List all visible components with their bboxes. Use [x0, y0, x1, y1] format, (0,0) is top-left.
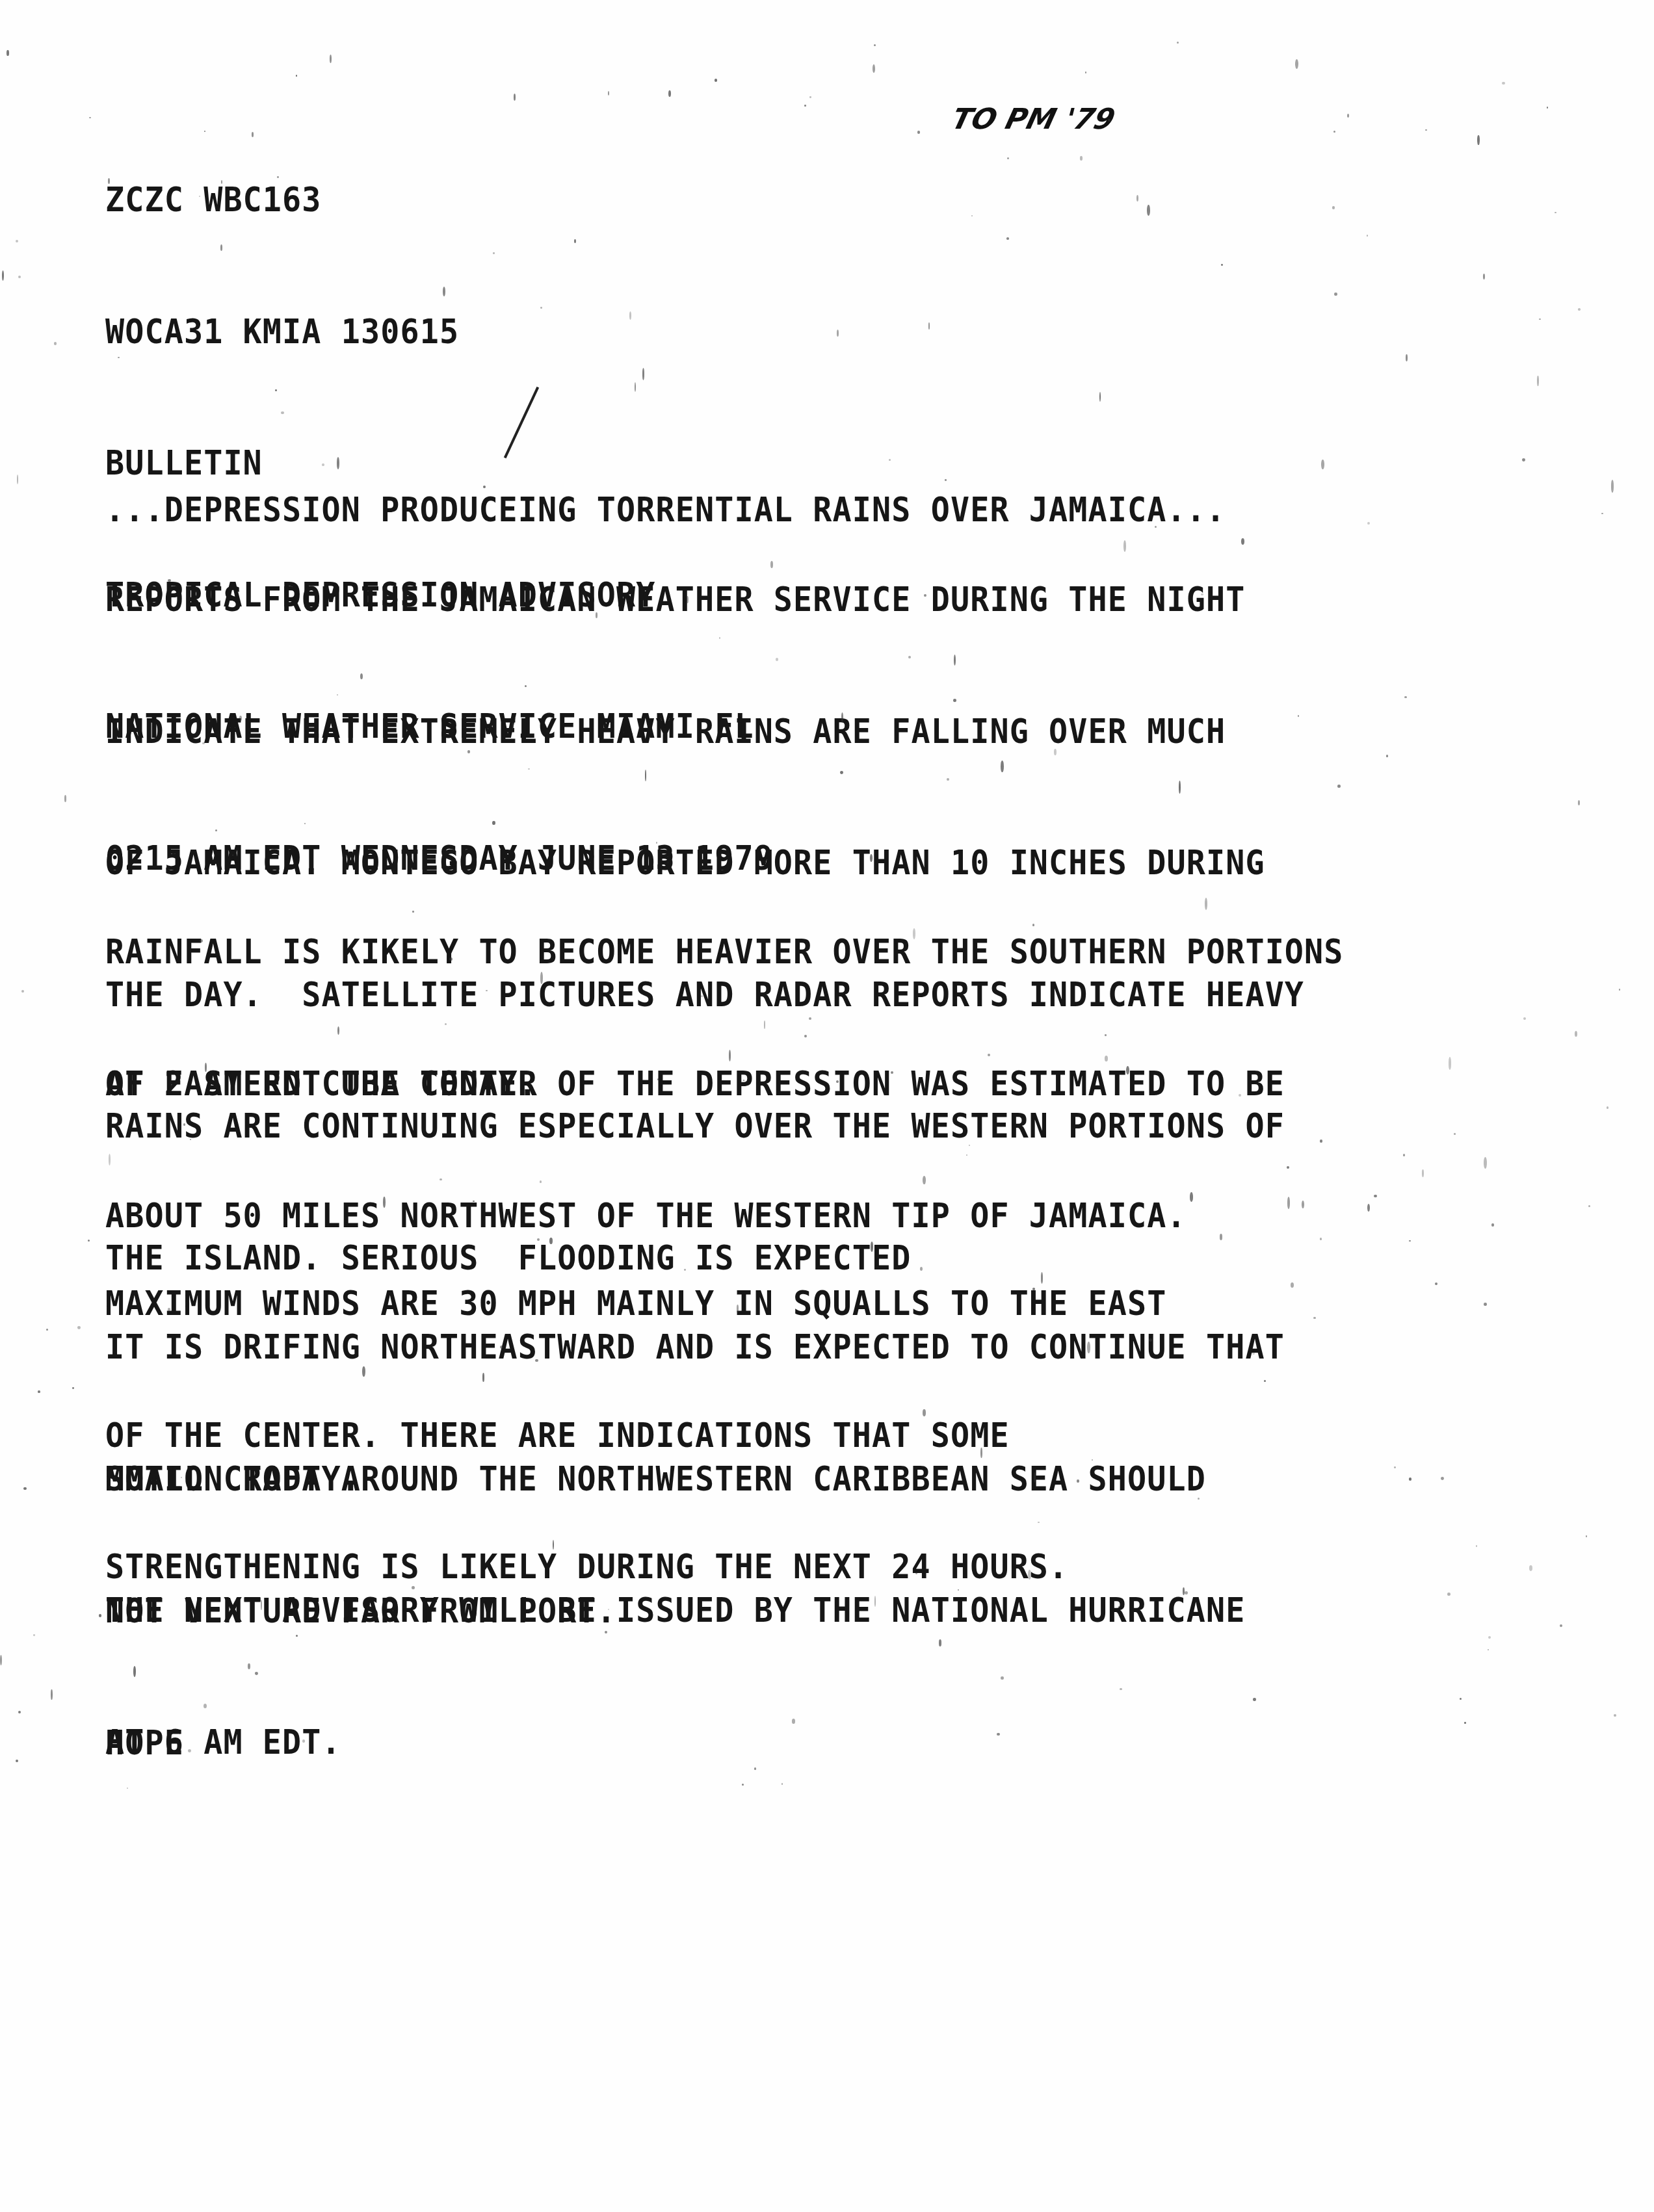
scan-speck [1105, 1056, 1108, 1061]
scan-speck [971, 215, 973, 216]
scan-speck [1177, 42, 1179, 44]
scan-speck [1403, 1154, 1406, 1156]
scan-speck [322, 463, 324, 465]
scan-speck [1560, 1624, 1562, 1627]
scan-speck [1080, 156, 1082, 161]
scan-speck [360, 673, 363, 679]
scan-speck [1464, 1722, 1466, 1724]
scan-speck [181, 1477, 182, 1478]
scan-speck [412, 911, 414, 913]
scan-speck [1334, 293, 1337, 296]
scan-speck [1460, 1698, 1462, 1700]
scan-speck [608, 1609, 609, 1610]
scan-speck [1105, 1034, 1107, 1036]
scan-speck [657, 1078, 659, 1080]
scan-speck [168, 1308, 170, 1310]
scan-speck [1147, 205, 1150, 216]
scan-speck [1575, 1031, 1577, 1037]
scan-speck [551, 1600, 553, 1609]
scan-speck [1537, 376, 1538, 385]
scan-speck [540, 1180, 542, 1183]
scan-speck [443, 287, 445, 296]
scan-speck [1374, 1195, 1376, 1197]
scan-speck [1367, 522, 1370, 525]
scan-speck [1190, 1192, 1193, 1202]
scan-speck [1099, 392, 1101, 402]
scan-speck [482, 1373, 485, 1382]
scan-speck [296, 75, 298, 77]
scan-speck [1614, 1714, 1616, 1717]
scan-speck [204, 131, 205, 132]
scan-speck [18, 1711, 21, 1713]
scan-speck [1006, 237, 1009, 240]
scan-speck [540, 307, 542, 309]
scan-speck [239, 716, 241, 721]
scan-speck [21, 990, 24, 993]
scan-speck [1126, 1066, 1129, 1074]
scan-speck [38, 1390, 40, 1393]
scan-speck [1447, 1593, 1451, 1596]
scan-speck [1149, 1338, 1151, 1341]
scan-speck [917, 131, 920, 133]
scan-speck [873, 64, 875, 73]
scan-speck [33, 1634, 35, 1636]
scan-speck [500, 1346, 503, 1349]
scan-speck [764, 1021, 765, 1029]
scan-speck [1523, 1017, 1526, 1020]
scan-speck [1607, 1106, 1609, 1109]
scan-speck [1367, 235, 1369, 237]
scan-speck [1502, 82, 1505, 85]
scan-speck [17, 475, 18, 484]
scan-speck [72, 1387, 74, 1389]
scan-speck [1239, 1094, 1241, 1097]
scan-speck [781, 1783, 783, 1784]
scan-speck [1055, 502, 1057, 510]
scan-speck [1032, 924, 1035, 926]
scan-speck [1483, 274, 1485, 280]
scan-speck [1367, 1204, 1370, 1212]
scan-speck [1529, 1565, 1532, 1571]
scan-speck [1092, 1459, 1093, 1461]
scan-speck [870, 854, 873, 862]
scan-speck [1394, 1466, 1396, 1468]
scan-speck [528, 768, 529, 770]
scan-speck [2, 270, 4, 281]
scan-speck [687, 596, 689, 603]
scan-speck [1332, 206, 1335, 209]
scan-speck [1120, 1688, 1122, 1690]
scan-speck [1221, 264, 1223, 266]
scan-speck [1449, 1057, 1452, 1070]
scanned-teletype-page: ZCZC WBC163 WOCA31 KMIA 130615 BULLETIN … [0, 0, 1654, 2212]
scan-speck [205, 1063, 207, 1073]
scan-speck [202, 742, 204, 744]
scan-speck [1032, 1288, 1035, 1290]
scan-speck [590, 1567, 592, 1570]
scan-speck [1007, 157, 1009, 159]
scan-speck [715, 79, 718, 82]
scan-speck [770, 561, 773, 568]
scan-speck [0, 1655, 2, 1665]
scan-speck [1313, 1317, 1316, 1320]
scan-speck [383, 1197, 385, 1208]
scan-speck [168, 579, 171, 582]
scan-speck [908, 656, 911, 658]
scan-speck [1454, 1133, 1456, 1135]
scan-speck [275, 389, 277, 391]
scan-speck [1205, 898, 1207, 909]
scan-speck [1264, 1380, 1266, 1382]
scan-speck [1488, 1636, 1491, 1639]
scan-speck [1611, 480, 1614, 493]
scan-speck [668, 90, 671, 97]
scan-speck [1085, 72, 1086, 73]
scan-speck [77, 1326, 81, 1329]
scan-speck [46, 1329, 49, 1331]
scan-speck [1588, 1205, 1590, 1207]
scan-speck [608, 91, 609, 95]
scan-speck [1321, 460, 1324, 470]
scan-speck [1619, 989, 1620, 990]
scan-speck [1337, 785, 1341, 788]
scan-speck [792, 1719, 795, 1723]
scan-speck [1425, 129, 1427, 131]
scan-speck [656, 842, 657, 843]
scan-speck [742, 1784, 744, 1786]
scan-speck [133, 1666, 136, 1677]
scan-speck [54, 342, 57, 345]
scan-speck [1484, 1157, 1487, 1169]
scan-speck [1028, 1570, 1031, 1580]
scan-speck [737, 1305, 739, 1313]
scan-speck [467, 750, 470, 753]
scan-speck [1409, 1240, 1410, 1242]
scan-speck [23, 1487, 27, 1490]
scan-speck [596, 612, 597, 618]
scan-speck [362, 1366, 365, 1377]
scan-speck [89, 117, 90, 118]
scan-speck [871, 1242, 873, 1252]
scan-speck [1578, 308, 1581, 311]
scan-speck [248, 1663, 250, 1669]
scan-speck [449, 957, 453, 961]
scan-speck [16, 1760, 19, 1763]
scan-speck [1435, 1282, 1437, 1285]
scan-speck [874, 44, 876, 46]
paragraph-line: THE NEXT ADVISORY WILL BE ISSUED BY THE … [105, 1589, 1245, 1633]
scan-speck [928, 322, 930, 330]
scan-speck [1295, 59, 1298, 69]
scan-speck [836, 1080, 839, 1083]
scan-speck [1077, 1479, 1080, 1483]
scan-speck [924, 594, 926, 597]
scan-speck [159, 981, 161, 983]
scan-speck [199, 196, 200, 197]
paragraph-line: MAXIMUM WINDS ARE 30 MPH MAINLY IN SQUAL… [105, 1282, 1166, 1327]
scan-speck [1477, 135, 1479, 145]
scan-speck [7, 50, 8, 56]
scan-speck [190, 1139, 191, 1140]
scan-speck [220, 244, 222, 251]
scan-speck [549, 1238, 553, 1244]
signature-text: HOPE [105, 1722, 184, 1766]
scan-speck [412, 1586, 415, 1589]
scan-speck [1586, 1535, 1588, 1537]
handwritten-annotation: TO PM '79 [949, 103, 1119, 136]
scan-speck [166, 339, 168, 341]
scan-speck [1136, 195, 1138, 202]
scan-speck [108, 178, 110, 184]
scan-speck [804, 105, 806, 107]
scan-speck [635, 382, 636, 392]
scan-speck [1539, 319, 1541, 320]
signature: HOPE [105, 1634, 184, 1854]
scan-speck [1302, 1201, 1304, 1208]
scan-speck [837, 330, 839, 337]
paragraph-line: INDICATE THAT EXTREMELY HEAVY RAINS ARE … [105, 710, 1304, 755]
scan-speck [969, 1145, 970, 1146]
paragraph-next-advisory: THE NEXT ADVISORY WILL BE ISSUED BY THE … [105, 1502, 1245, 1853]
scan-speck [1087, 1342, 1090, 1354]
scan-speck [215, 829, 217, 831]
scan-speck [1555, 212, 1556, 214]
scan-speck [277, 176, 279, 178]
scan-speck [16, 240, 18, 242]
scan-speck [953, 699, 956, 702]
scan-speck [574, 239, 576, 244]
scan-speck [1241, 538, 1244, 545]
scan-speck [980, 1448, 982, 1458]
scan-speck [913, 928, 915, 939]
scan-speck [473, 1201, 474, 1202]
scan-speck [188, 1749, 191, 1752]
scan-speck [1034, 1472, 1036, 1483]
scan-speck [1406, 354, 1408, 361]
scan-speck [1001, 1676, 1003, 1679]
scan-speck [1476, 1545, 1478, 1547]
scan-speck [1386, 755, 1388, 757]
scan-speck [64, 795, 67, 803]
scan-speck [51, 1689, 52, 1700]
scan-speck [923, 1409, 926, 1416]
scan-speck [1547, 107, 1548, 108]
scan-speck [1179, 781, 1181, 794]
header-line-routing: ZCZC WBC163 [105, 179, 774, 223]
header-line-wmo-id: WOCA31 KMIA 130615 [105, 311, 774, 355]
scan-speck [535, 1359, 538, 1362]
paragraph-line: AT 6 AM EDT. [105, 1721, 1245, 1765]
scan-speck [337, 457, 339, 469]
paragraph-line: REPORTS FROM THE JAMAICAN WEATHER SERVIC… [105, 579, 1304, 623]
scan-speck [492, 821, 495, 825]
scan-speck [200, 939, 203, 943]
scan-speck [1291, 1282, 1294, 1288]
scan-speck [809, 96, 811, 98]
scan-speck [1441, 1477, 1444, 1480]
scan-speck [1409, 1477, 1411, 1480]
scan-speck [1253, 1698, 1256, 1701]
scan-speck [1491, 1223, 1494, 1226]
scan-speck [330, 55, 332, 62]
scan-speck [486, 990, 488, 992]
scan-speck [945, 479, 947, 481]
scan-speck [493, 252, 495, 254]
scan-speck [1347, 114, 1349, 118]
scan-speck [1488, 1649, 1489, 1650]
scan-speck [1185, 1591, 1188, 1594]
scan-speck [605, 1631, 607, 1633]
scan-speck [1422, 1169, 1424, 1177]
scan-speck [99, 1614, 102, 1617]
scan-speck [1333, 131, 1335, 133]
scan-speck [1404, 696, 1407, 699]
scan-speck [1601, 513, 1603, 514]
paragraph-line: RAINFALL IS KIKELY TO BECOME HEAVIER OVE… [105, 931, 1344, 975]
scan-speck [261, 1600, 262, 1610]
scan-speck [18, 276, 21, 279]
scan-speck [1298, 715, 1300, 717]
scan-speck [1001, 761, 1004, 772]
paragraph-line: AT 2 AM EDT THE CENTER OF THE DEPRESSION… [105, 1063, 1285, 1107]
scan-speck [1320, 1238, 1322, 1240]
scan-speck [183, 1123, 186, 1126]
scan-speck [1578, 800, 1580, 805]
scan-speck [337, 1026, 339, 1035]
scan-speck [1484, 1303, 1487, 1306]
paragraph-line: SMALL CRAFT AROUND THE NORTHWESTERN CARI… [105, 1458, 1206, 1502]
scan-speck [88, 1240, 90, 1242]
scan-speck [1522, 458, 1525, 462]
